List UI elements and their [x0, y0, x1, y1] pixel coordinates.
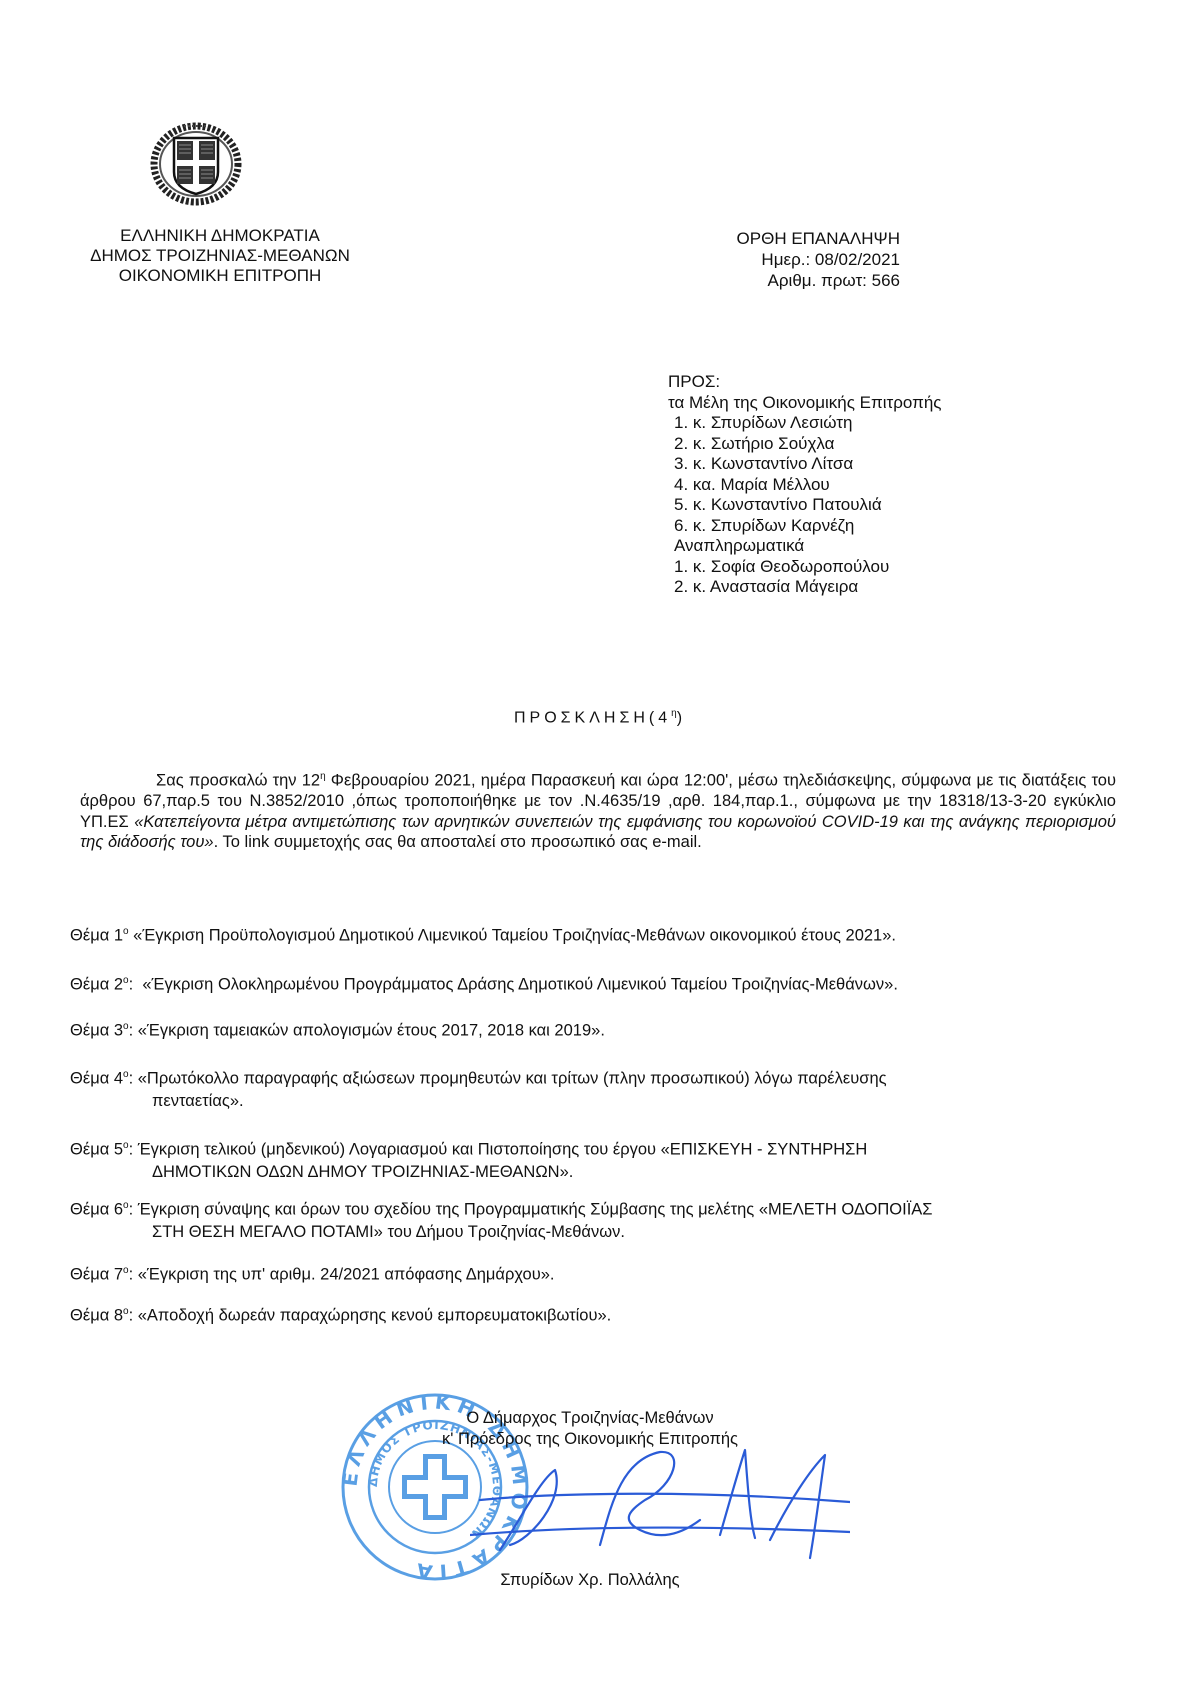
agenda-label: Θέμα 4	[70, 1070, 123, 1088]
para-text: . Το link συμμετοχής σας θα αποσταλεί στ…	[214, 833, 702, 851]
agenda-label: Θέμα 2	[70, 976, 123, 994]
agenda-label: Θέμα 6	[70, 1201, 123, 1219]
agenda-item: Θέμα 5ο: Έγκριση τελικού (μηδενικού) Λογ…	[70, 1135, 1130, 1183]
recipient-item: 5. κ. Κωνσταντίνο Πατουλιά	[668, 495, 942, 516]
title-text: ΠΡΟΣΚΛΗΣΗ	[514, 709, 649, 726]
invitation-paragraph: Σας προσκαλώ την 12η Φεβρουαρίου 2021, η…	[80, 767, 1116, 853]
agenda-label: Θέμα 1	[70, 927, 123, 945]
document-title: ΠΡΟΣΚΛΗΣΗ(4η)	[0, 708, 1200, 727]
recipient-item: 2. κ. Σωτήριο Σούχλα	[668, 434, 942, 455]
agenda-text: «Πρωτόκολλο παραγραφής αξιώσεων προμηθευ…	[138, 1070, 887, 1088]
issuer-block: ΕΛΛΗΝΙΚΗ ΔΗΜΟΚΡΑΤΙΑ ΔΗΜΟΣ ΤΡΟΙΖΗΝΙΑΣ-ΜΕΘ…	[60, 226, 380, 286]
recipients-block: ΠΡΟΣ: τα Μέλη της Οικονομικής Επιτροπής …	[668, 372, 942, 598]
agenda-item: Θέμα 3ο: «Έγκριση ταμειακών απολογισμών …	[70, 1016, 1130, 1042]
agenda-separator: :	[129, 1307, 138, 1325]
agenda-text-continued: ΣΤΗ ΘΕΣΗ ΜΕΓΑΛΟ ΠΟΤΑΜΙ» του Δήμου Τροιζη…	[70, 1221, 1130, 1243]
agenda-label: Θέμα 8	[70, 1307, 123, 1325]
reference-block: ΟΡΘΗ ΕΠΑΝΑΛΗΨΗ Ημερ.: 08/02/2021 Αριθμ. …	[700, 228, 900, 291]
agenda-label: Θέμα 5	[70, 1141, 123, 1159]
agenda-item: Θέμα 8ο: «Αποδοχή δωρεάν παραχώρησης κεν…	[70, 1301, 1130, 1327]
title-number-close: )	[677, 709, 686, 726]
agenda-item: Θέμα 6ο: Έγκριση σύναψης και όρων του σχ…	[70, 1195, 1130, 1243]
signatory-name: Σπυρίδων Χρ. Πολλάλης	[330, 1571, 850, 1590]
document-date: Ημερ.: 08/02/2021	[700, 249, 900, 270]
issuer-line: ΔΗΜΟΣ ΤΡΟΙΖΗΝΙΑΣ-ΜΕΘΑΝΩΝ	[60, 246, 380, 266]
correction-label: ΟΡΘΗ ΕΠΑΝΑΛΗΨΗ	[700, 228, 900, 249]
agenda-separator: :	[129, 976, 143, 994]
agenda-item: Θέμα 1ο «Έγκριση Προϋπολογισμού Δημοτικο…	[70, 921, 1130, 947]
agenda-label: Θέμα 3	[70, 1022, 123, 1040]
agenda-separator: :	[129, 1201, 138, 1219]
agenda-text: Έγκριση σύναψης και όρων του σχεδίου της…	[138, 1201, 933, 1219]
agenda-text: «Έγκριση ταμειακών απολογισμών έτους 201…	[138, 1022, 605, 1040]
agenda-separator: :	[129, 1022, 138, 1040]
agenda-separator: :	[129, 1266, 138, 1284]
agenda-text: «Αποδοχή δωρεάν παραχώρησης κενού εμπορε…	[138, 1307, 612, 1325]
agenda-text: Έγκριση τελικού (μηδενικού) Λογαριασμού …	[138, 1141, 868, 1159]
substitute-item: 2. κ. Αναστασία Μάγειρα	[668, 577, 942, 598]
agenda-label: Θέμα 7	[70, 1266, 123, 1284]
agenda-text-continued: ΔΗΜΟΤΙΚΩΝ ΟΔΩΝ ΔΗΜΟΥ ΤΡΟΙΖΗΝΙΑΣ-ΜΕΘΑΝΩΝ»…	[70, 1161, 1130, 1183]
substitute-item: 1. κ. Σοφία Θεοδωροπούλου	[668, 557, 942, 578]
handwritten-signature-icon	[470, 1440, 850, 1560]
recipient-item: 3. κ. Κωνσταντίνο Λίτσα	[668, 454, 942, 475]
title-number: (4	[649, 709, 671, 726]
agenda-text: «Έγκριση Προϋπολογισμού Δημοτικού Λιμενι…	[133, 927, 896, 945]
signatory-role-1: Ο Δήμαρχος Τροιζηνίας-Μεθάνων	[330, 1408, 850, 1429]
agenda-separator: :	[129, 1141, 138, 1159]
to-label: ΠΡΟΣ:	[668, 372, 942, 393]
recipients-group-label: τα Μέλη της Οικονομικής Επιτροπής	[668, 393, 942, 414]
issuer-line: ΕΛΛΗΝΙΚΗ ΔΗΜΟΚΡΑΤΙΑ	[60, 226, 380, 246]
agenda-item: Θέμα 2ο: «Έγκριση Ολοκληρωμένου Προγράμμ…	[70, 970, 1130, 996]
substitutes-label: Αναπληρωματικά	[668, 536, 942, 557]
agenda-text: «Έγκριση της υπ' αριθμ. 24/2021 απόφασης…	[138, 1266, 555, 1284]
recipient-item: 1. κ. Σπυρίδων Λεσιώτη	[668, 413, 942, 434]
greek-coat-of-arms-icon	[150, 120, 242, 206]
agenda-text-continued: πενταετίας».	[70, 1090, 1130, 1112]
agenda-item: Θέμα 7ο: «Έγκριση της υπ' αριθμ. 24/2021…	[70, 1260, 1130, 1286]
agenda-item: Θέμα 4ο: «Πρωτόκολλο παραγραφής αξιώσεων…	[70, 1064, 1130, 1112]
protocol-number: Αριθμ. πρωτ: 566	[700, 270, 900, 291]
issuer-line: ΟΙΚΟΝΟΜΙΚΗ ΕΠΙΤΡΟΠΗ	[60, 266, 380, 286]
recipient-item: 6. κ. Σπυρίδων Καρνέζη	[668, 516, 942, 537]
para-text: Σας προσκαλώ την 12	[156, 772, 320, 790]
agenda-separator: :	[129, 1070, 138, 1088]
agenda-text: «Έγκριση Ολοκληρωμένου Προγράμματος Δράσ…	[142, 976, 898, 994]
recipient-item: 4. κα. Μαρία Μέλλου	[668, 475, 942, 496]
